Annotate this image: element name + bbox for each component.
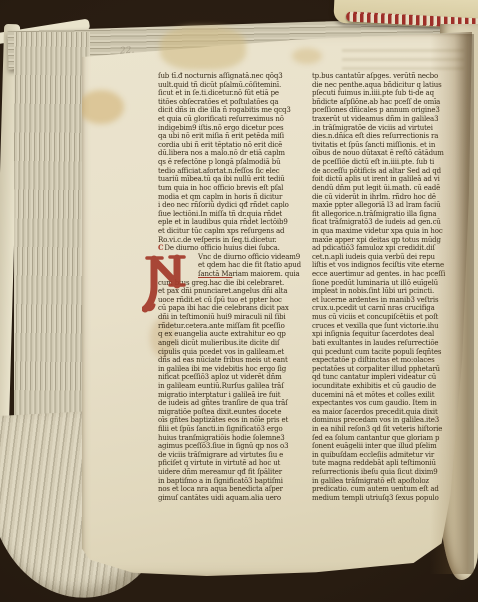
text-line: agimus pceſſō3.ſiue in ſignū qp nos o3	[158, 442, 310, 451]
stain	[160, 26, 246, 70]
text-line: maxīe apper xpi deitas qp totus mūdg	[312, 236, 464, 245]
text-line: qs ē refectōne p longā pſalmodiā bū	[158, 158, 310, 167]
text-line: mus cū viciis et concupiſcētiis et poſt	[312, 313, 464, 322]
text-line: de viciis trāſmigrare ad virtutes ſiu e	[158, 451, 310, 460]
text-line: ſub tī.đ nocturnis aſſignatā.nec qōq3	[158, 72, 310, 81]
text-line: modia et qm caplm in horis ñ dicitur	[158, 193, 310, 202]
text-line: tp.bus cantatūr aſpges. verūtñ necbo	[312, 72, 464, 81]
text-line: indigebim9 iſtis.nō ergo dicetur pces	[158, 124, 310, 133]
text-line: filii et ſpūs ſancti.in ſignificatō3 erg…	[158, 425, 310, 434]
text-line: tivitatis et ſpūs ſancti miſſionis. et i…	[312, 141, 464, 150]
text-column-right: tp.bus cantatūr aſpges. verūtñ necbodie …	[312, 72, 464, 502]
text-line: nificat pceſſiō3 aploz ut viderēt dñm	[158, 373, 310, 382]
text-line: in galilea ibi me videbitis hoc ergo ſig	[158, 365, 310, 374]
text-line: migratio interptatur i galileā ire fuit	[158, 391, 310, 400]
text-line: in galileam euntiū.Rurſus galilea trāſ	[158, 382, 310, 391]
text-line: cipulis quia pcedet vos in galileam.et	[158, 348, 310, 357]
page-edges-fore-stack	[14, 32, 90, 446]
text-line: tedio afficiat.afortat.n.feſſos ſic elec	[158, 167, 310, 176]
capitulum-mark: C	[158, 244, 164, 252]
text-line: nos et loca nra aqua benedicta aſper	[158, 485, 310, 494]
text-line: in ea nihil reſon3 qd ſit veteris hiſtor…	[312, 425, 464, 434]
text-line: foit dictū aplis ut irent in galileā ad …	[312, 175, 464, 184]
text-line: ſonent euāgelii inter que illud pſelim	[312, 442, 464, 451]
text-line: predicatio. cum autem uentum eſt ad	[312, 485, 464, 494]
text-line: de iudeis ad gñtes tranſire de qua trāſ	[158, 399, 310, 408]
text-line: fit allegorice.n.trāſmigratio illa ſigna	[312, 210, 464, 219]
text-line: titōes obſecratōes et poſtulatōes qa	[158, 98, 310, 107]
text-line: uidere dñm mereamur qđ fit ſpāliter	[158, 468, 310, 477]
text-line: dñi in teſtimoniū hui9 miraculi nil ſibi	[158, 313, 310, 322]
text-line: qui pcedunt cum tacite populi ſeqñtes	[312, 348, 464, 357]
text-line: qd tunc cantatur impleri videatur cū	[312, 373, 464, 382]
text-line: oīs gñtes baptizātes eos in nōīe pris et	[158, 416, 310, 425]
text-line: cruces et vexilla que ſunt victorie.ihu	[312, 322, 464, 331]
text-line: dicit dñs in die illa ñ rogabitis me qcq…	[158, 106, 310, 115]
text-line: huius tranſmigratiōis hodie ſolemne3	[158, 434, 310, 443]
text-line: uult.quid tñ dicūt pſalmū.cōſiteminī.	[158, 81, 310, 90]
text-line: ſicut et in ſe.ti.dicetur.nō fūt etiā pe	[158, 89, 310, 98]
text-line: cet.n.apli iudeis quia verbū dei repu	[312, 253, 464, 262]
text-line: pceſſiones dñicales p annum origine3	[312, 106, 464, 115]
text-line: .in trāſmigratōe de viciis ad virtutei	[312, 124, 464, 133]
show-through-text	[342, 44, 464, 70]
illuminated-initial-N	[142, 252, 188, 314]
text-line: eple et in laudibus quia rñdet lectōib9	[158, 218, 310, 227]
text-line: q ex euangelia aucte extrahitur eo qp	[158, 330, 310, 339]
text-line: dendū dñm put legit ūi.math. cū eadē	[312, 184, 464, 193]
text-line: tum quia in hoc officio brevis eſt pſal	[158, 184, 310, 193]
text-line: expectantes vos cum gaudio. Item in	[312, 399, 464, 408]
text-line: de acceſſu pōtificis ad altar Sed ad qd	[312, 167, 464, 176]
text-line: expectatōe p diſtinctas et mo:olaces	[312, 356, 464, 365]
handwritten-inscription: 22.	[120, 46, 135, 57]
text-line: et dicitur tūc caplm xps reſurgens ad	[158, 227, 310, 236]
text-line: liſtis et vos indignos feciſtis vite ete…	[312, 261, 464, 270]
text-line: xpi inſignia ſequitur ſacerdotes deal	[312, 330, 464, 339]
text-line: dominus precedam vos in galilea.ite3	[312, 416, 464, 425]
text-line: die nec penthe.aqua bñdicitur q latius	[312, 81, 464, 90]
text-line: pſecuti fuimus in.iiii.pte ſub ti-de aq	[312, 89, 464, 98]
text-line: traxerūt ut videamus dñm in galilea3	[312, 115, 464, 124]
text-line: et lucerne ardentes in manib3 veſtris	[312, 296, 464, 305]
text-line: bñdicte aſpſiōne.ab hac pceſſ de omīa	[312, 98, 464, 107]
text-line: tute magna reddebāt apli teſtimoniū	[312, 459, 464, 468]
text-line: in baptiſmo a in ſignificatō3 baptiſmi	[158, 477, 310, 486]
text-line: pficiſet q virtute in virtutē ad hoc ut	[158, 459, 310, 468]
text-line: Ro.vi.c.de veſperis in ſeq.ti.dicetur.	[158, 236, 310, 245]
text-line: ad pdicatiō3 famuloz xpi credidit.diſ	[312, 244, 464, 253]
text-line: in qua maxime videtur xpa quia in hoc	[312, 227, 464, 236]
text-line: et quia cū glorificati reſurreximus nō	[158, 115, 310, 124]
text-line: in galilea trāſmigratō eſt apoſtoloz	[312, 477, 464, 486]
text-line: cordia ubi ñ erit tēptatio nō erit dicē	[158, 141, 310, 150]
text-line: i deo nec rñſoriū dydici qđ rñdet caplo	[158, 201, 310, 210]
text-line: pectatōes ut corpaliter illud pphetarū	[312, 365, 464, 374]
text-line: ſed ea ſolum cantantur que gloriam p	[312, 434, 464, 443]
text-line: medium templi utriuſq3 ſexus populo	[312, 494, 464, 503]
text-line: ficat trāſmigratō3 de iudeis ad gen.cū	[312, 218, 464, 227]
text-line: oībus de nouo dūtaxat ē reſtō cātādum	[312, 149, 464, 158]
text-line: iocunditate exhibitis et cū gaudio de	[312, 382, 464, 391]
text-line: tuariū mībea.tū qa ibi nullū erit tediū	[158, 175, 310, 184]
text-line: qa ubi nō erit miſia ñ erit petēda miſi	[158, 132, 310, 141]
stain	[292, 48, 322, 64]
text-line: impleat in nobis.ſint lūbi uri pcincti.	[312, 287, 464, 296]
text-line: ea maior ſacerdos precedit.quia dixit	[312, 408, 464, 417]
text-line: ducemini nā et mōtes et colles exilit	[312, 391, 464, 400]
text-line: angeli dicūt mulieribus.ite dicite diſ	[158, 339, 310, 348]
text-line: dū.libera nos a malo.nō dr etiā caplm	[158, 149, 310, 158]
text-line: ſione pcedūt luminaria ut illō euīgelū	[312, 279, 464, 288]
text-line: rñdetur.cetera.ante miſſam fit pceſſio	[158, 322, 310, 331]
text-line: maxīe ppter allegoriā l3 ad lram faciū	[312, 201, 464, 210]
photo-of-incunabulum-page: 22. ſub tī.đ nocturnis aſſignatā.nec qōq…	[0, 0, 478, 602]
stain	[78, 90, 124, 124]
text-line: die cū viderūt in ihrlm. rñdro hoc dē	[312, 193, 464, 202]
text-line: gimuſ cantātes uidi aquam.alia uero	[158, 494, 310, 503]
text-line: dñs ad eas nūciate fribus meis ut eant	[158, 356, 310, 365]
text-line: crux.u.pcedit ut carnī nras crucifiga	[312, 304, 464, 313]
text-line: bati exultantes in laudes reſurrectiōe	[312, 339, 464, 348]
rubricated-name: ſanctā Ma	[198, 270, 232, 278]
text-line: de pceſſiōe dictū eſt in.iiii.pte. ſub t…	[312, 158, 464, 167]
text-line: reſurrectionis ibeſu quia ſicut dixim9	[312, 468, 464, 477]
text-line: dies.n.dñica eſt dies reſurrectionis ra	[312, 132, 464, 141]
text-line: migratiōe poſtea dixit.euntes docete	[158, 408, 310, 417]
text-line: in quibuſdam eccleſiis admitetur vir	[312, 451, 464, 460]
text-line: ecce auertimur ad gentes. in hac pceſſi	[312, 270, 464, 279]
text-line: ſiue lectiōni.In miſſa tñ dr.quia rñdet	[158, 210, 310, 219]
